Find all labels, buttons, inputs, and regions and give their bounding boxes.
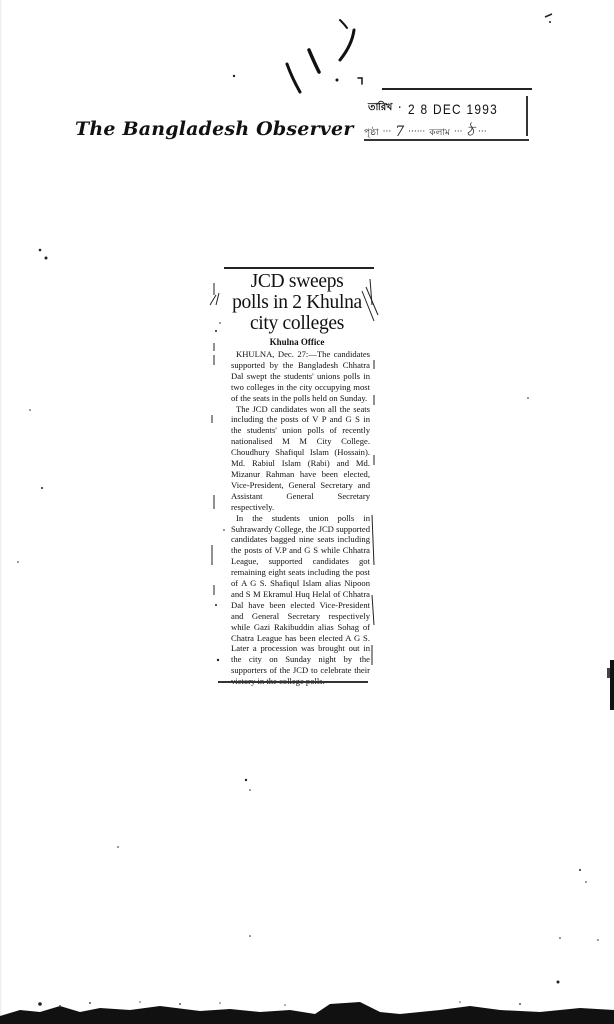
stamp-column-label: কলাম [429, 125, 450, 140]
handwritten-mark [287, 20, 362, 92]
newspaper-masthead: The Bangladesh Observer [75, 118, 354, 140]
stamp-bottom-rule [364, 139, 529, 141]
stamp-right-bar [526, 96, 528, 136]
stamp-date-row: তারিখ · 2 8 DEC 1993 [368, 100, 514, 117]
stamp-date-label: তারিখ [368, 100, 392, 117]
stamp-dots: ······ [408, 127, 425, 137]
article-clipping: JCD sweeps polls in 2 Khulna city colleg… [218, 265, 376, 687]
stamp-dots: ··· [383, 127, 392, 137]
clipping-edge-marks [206, 265, 388, 687]
stamp-dots: ··· [454, 127, 463, 137]
date-stamp: তারিখ · 2 8 DEC 1993 পৃষ্ঠা ··· 7 ······… [362, 88, 532, 142]
stamp-dots: ··· [478, 127, 487, 137]
stamp-page-value: 7 [395, 124, 404, 140]
stamp-date-value: 2 8 DEC 1993 [408, 101, 498, 117]
stamp-top-rule [382, 88, 532, 90]
stamp-page-label: পৃষ্ঠা [364, 125, 379, 140]
stamp-dot: · [398, 101, 402, 116]
